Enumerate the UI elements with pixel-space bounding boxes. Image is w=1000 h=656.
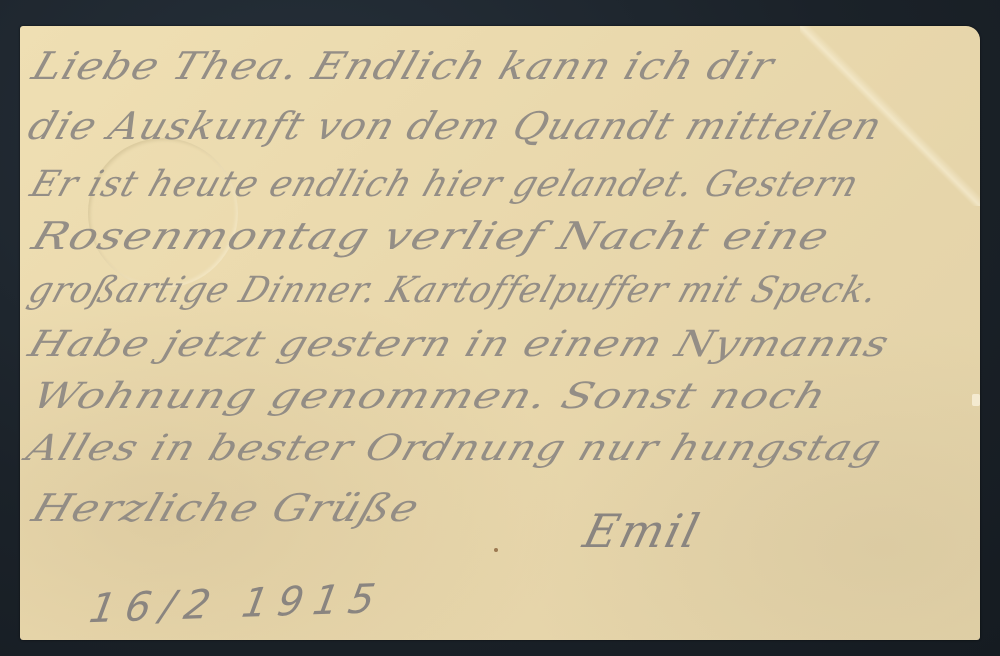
letter-line-7: Wohnung genommen. Sonst noch xyxy=(27,376,832,417)
date-written: 16/2 1915 xyxy=(86,576,388,633)
letter-line-1: Liebe Thea. Endlich kann ich dir xyxy=(27,44,780,88)
signature: Emil xyxy=(578,504,706,558)
letter-line-2: die Auskunft von dem Quandt mitteilen xyxy=(23,104,889,148)
paper-speck xyxy=(494,548,498,552)
paper-edge-nick xyxy=(972,394,980,406)
letter-line-3: Er ist heute endlich hier gelandet. Gest… xyxy=(25,164,864,205)
letter-line-4: Rosenmontag verlief Nacht eine xyxy=(27,214,836,258)
postcard: Liebe Thea. Endlich kann ich dir die Aus… xyxy=(20,26,980,640)
letter-line-6: Habe jetzt gestern in einem Nymanns xyxy=(23,324,894,365)
circular-emboss-mark xyxy=(88,138,238,288)
letter-line-8: Alles in bester Ordnung nur hungstag xyxy=(21,428,887,469)
letter-line-5: großartige Dinner. Kartoffelpuffer mit S… xyxy=(23,270,884,311)
letter-line-9: Herzliche Grüße xyxy=(27,486,426,530)
